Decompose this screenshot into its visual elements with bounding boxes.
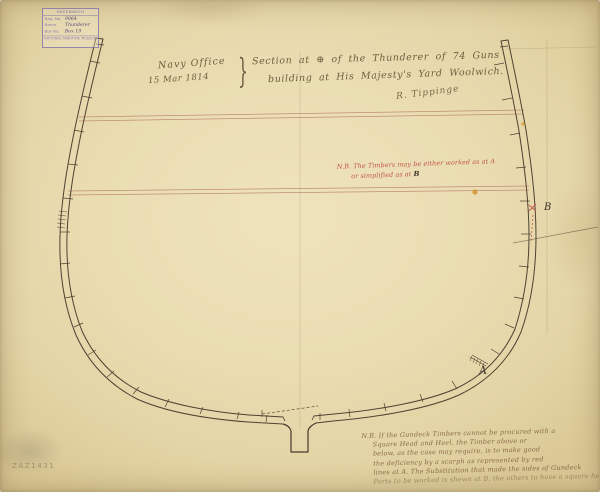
stamp-field-label: Neg. No.: [45, 17, 65, 22]
label-a: A: [479, 364, 488, 378]
top-guide-line: [506, 47, 597, 49]
deck-line-upper: [79, 114, 524, 121]
keel-scarph-dashed-line: [262, 406, 318, 417]
keel-outline: [283, 423, 316, 452]
pencil-guide-lines: [300, 40, 597, 428]
deck-line-lower: [68, 186, 529, 191]
stamp-field-label: Name: [45, 23, 65, 28]
label-b: B: [544, 202, 551, 213]
red-note-line2-text: or simplified as at: [351, 170, 414, 180]
stamp-field-value: 9064: [65, 16, 77, 21]
keel: [283, 416, 316, 452]
label-b-inline: B: [413, 169, 419, 178]
deck-lines: [68, 110, 529, 195]
scarph-mark-b: [529, 204, 536, 243]
top-timber-cap-right: [501, 40, 508, 41]
hull-outline-left-inner: [67, 39, 283, 417]
deck-line-upper: [79, 110, 524, 117]
hull-frame-outline: [60, 38, 536, 424]
keel-rabbet: [283, 416, 314, 421]
hull-outline-left-outer: [60, 38, 283, 424]
reference-number: ZAZ1431: [12, 462, 55, 470]
stamp-field-value: Thunderer: [65, 22, 90, 27]
scanned-ship-plan: GREENWICH Neg. No. 9064 Name Thunderer B…: [0, 0, 600, 492]
deck-edge-line: [513, 227, 598, 243]
title-brace: }: [238, 54, 248, 93]
deck-line-lower: [68, 190, 529, 195]
bottom-note: N.B. If the Gundeck Timbers cannot be pr…: [361, 426, 587, 487]
frame-tick-marks: [60, 44, 531, 422]
stamp-header: GREENWICH: [43, 9, 98, 16]
stamp-footer: NATIONAL MARITIME MUSEUM: [43, 36, 98, 41]
stamp-field-value: Box 19: [65, 29, 81, 34]
scarph-detail-left: [57, 211, 67, 228]
archive-stamp: GREENWICH Neg. No. 9064 Name Thunderer B…: [42, 8, 99, 48]
stamp-field-label: Box No.: [45, 29, 65, 34]
stamp-row: Box No. Box 19: [43, 29, 98, 35]
